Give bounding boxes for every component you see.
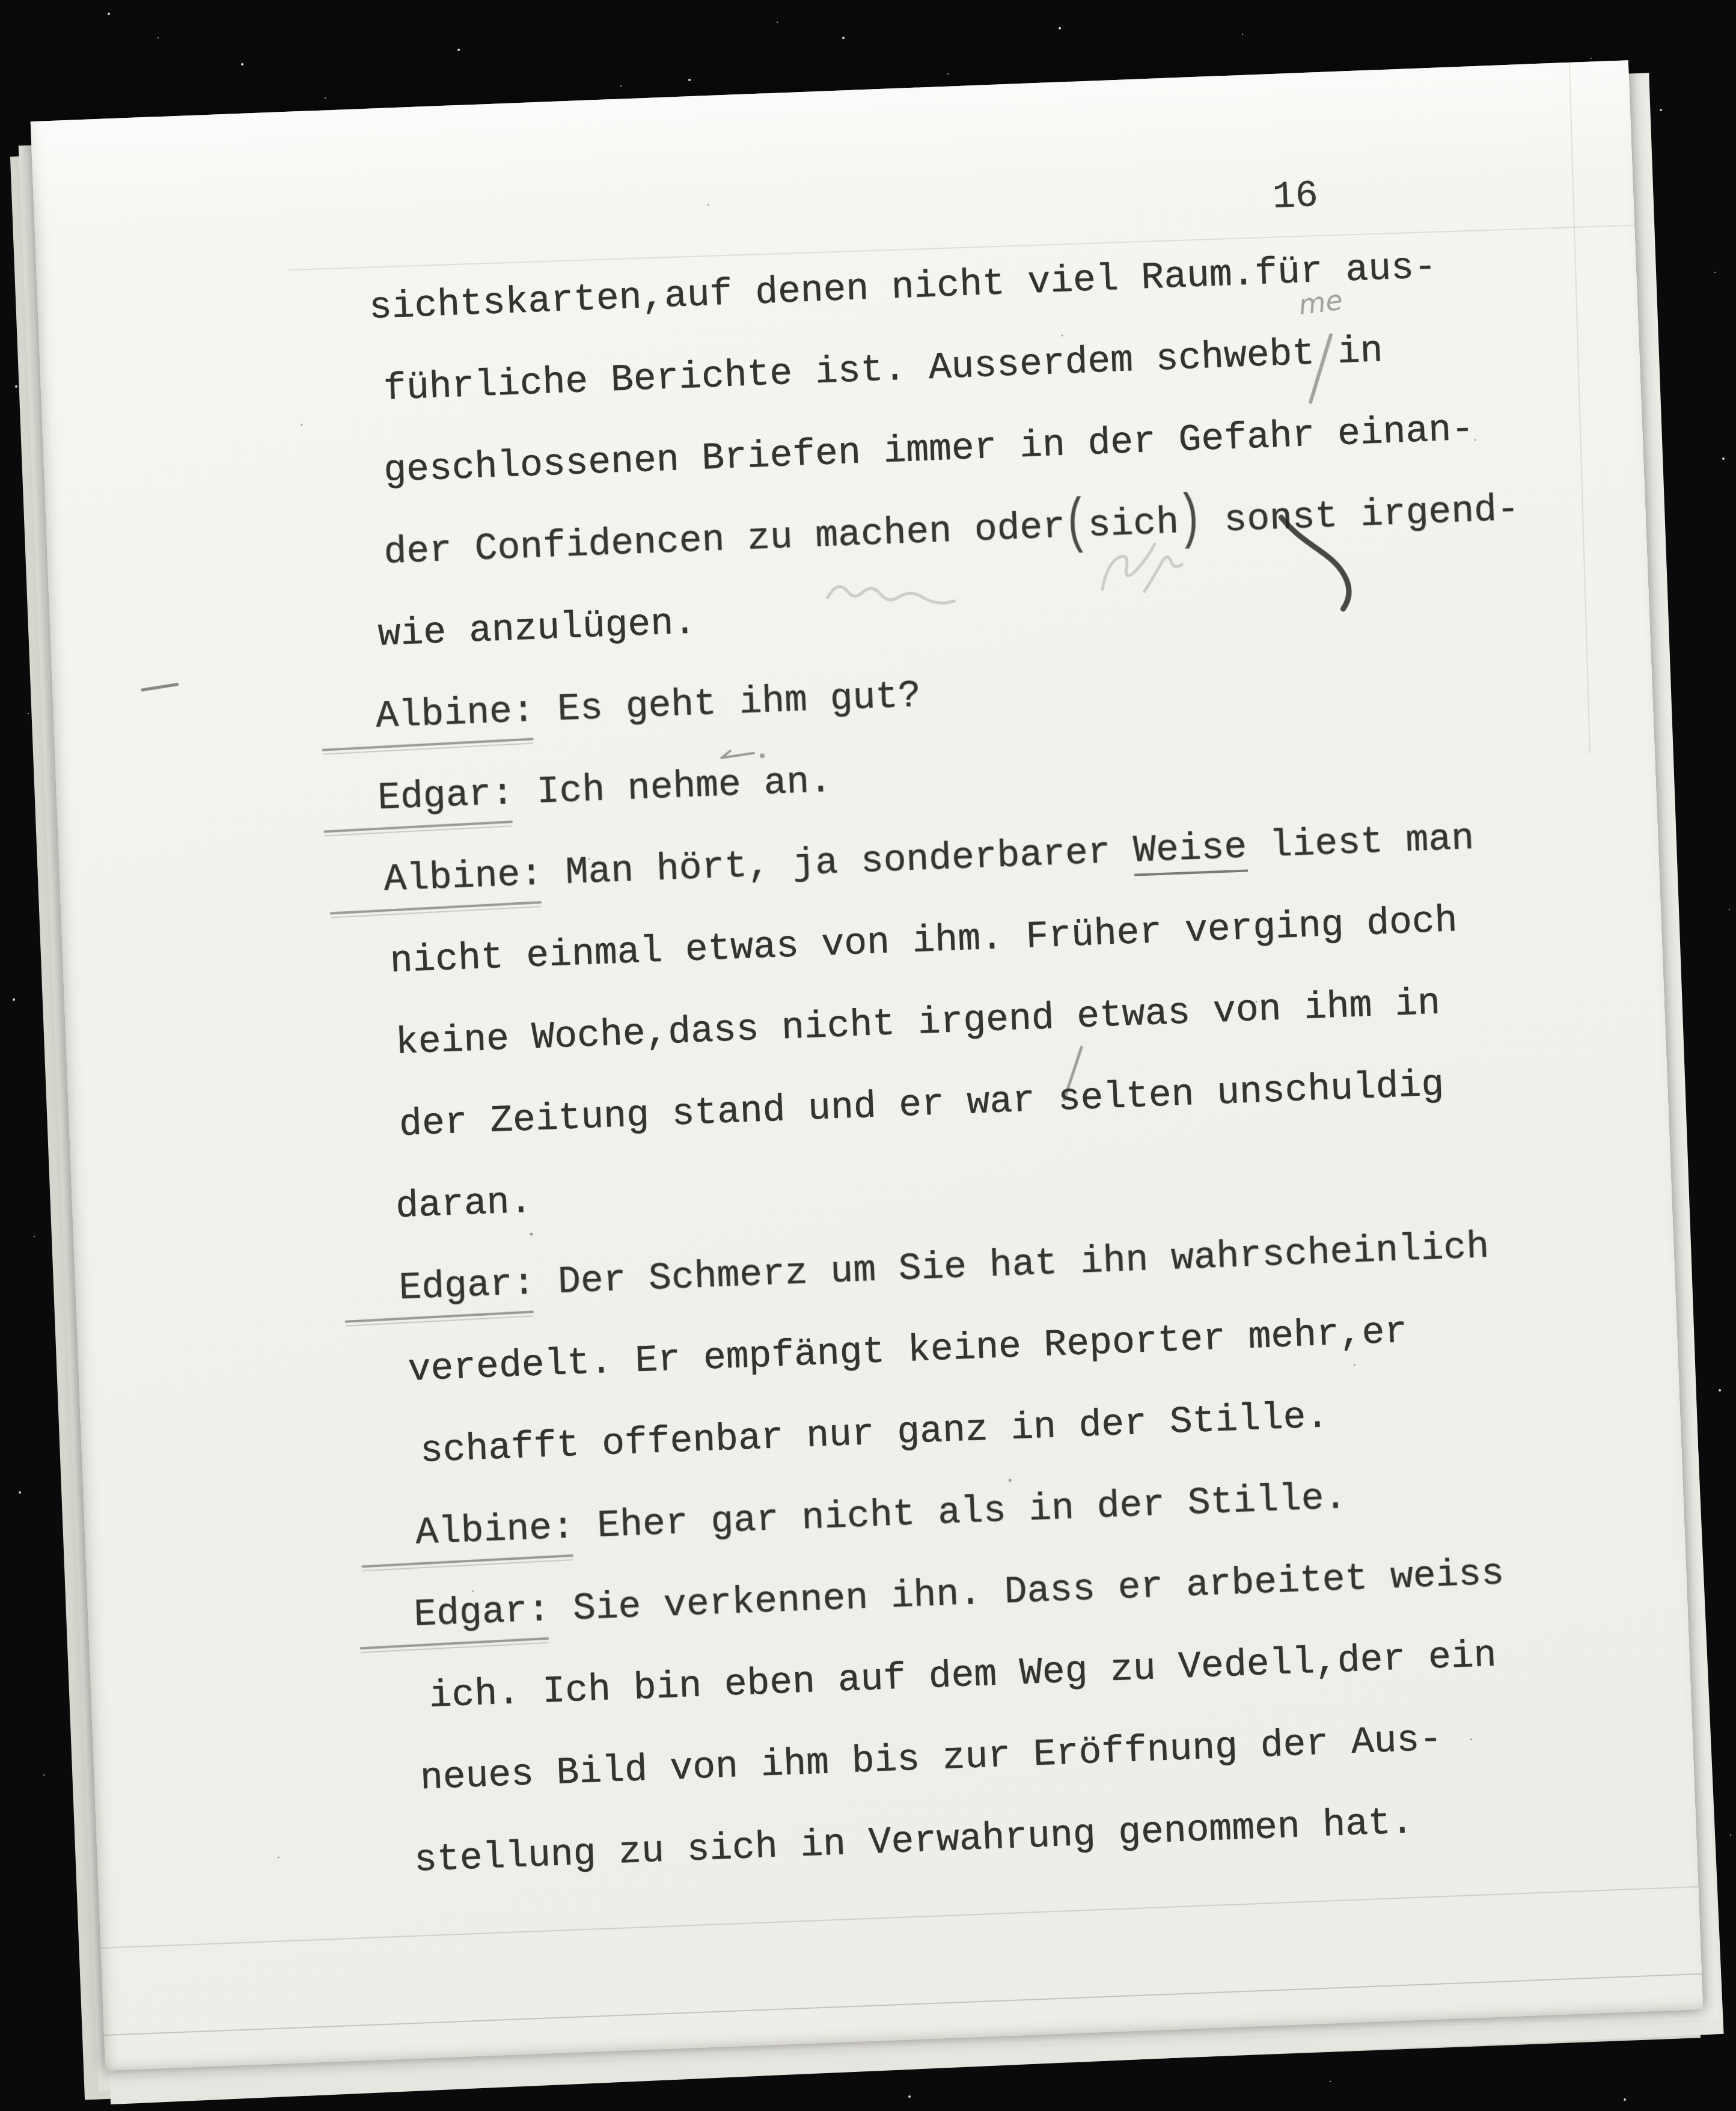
typed-text-segment: veredelt. Er empfängt keine Reporter meh… bbox=[408, 1310, 1408, 1392]
typed-line: Edgar: Der Schmerz um Sie hat ihn wahrsc… bbox=[398, 1228, 1490, 1308]
typed-line: nicht einmal etwas von ihm. Früher vergi… bbox=[390, 902, 1458, 980]
speaker-label: Albine: bbox=[415, 1508, 575, 1552]
typed-line: Albine: Es geht ihm gut? bbox=[375, 677, 921, 736]
speaker-label: Albine: bbox=[383, 855, 543, 899]
typed-text-block: sichtskarten,auf denen nicht viel Raum.f… bbox=[31, 60, 1704, 2071]
underlined-word: Weise bbox=[1132, 825, 1248, 876]
typed-line: sichtskarten,auf denen nicht viel Raum.f… bbox=[368, 248, 1437, 327]
typed-line: der Zeitung stand und er war selten unsc… bbox=[399, 1066, 1444, 1144]
typed-line: schafft offenbar nur ganz in der Stille. bbox=[420, 1398, 1330, 1470]
typed-text-segment: neues Bild von ihm bis zur Eröffnung der… bbox=[420, 1718, 1443, 1800]
typed-line: wie anzulügen. bbox=[377, 603, 697, 653]
typed-text-segment: sonst irgend- bbox=[1200, 488, 1520, 543]
handwritten-paren: ) bbox=[1176, 489, 1204, 551]
typed-text-segment: geschlossenen Briefen immer in der Gefah… bbox=[383, 408, 1475, 492]
typed-line: Edgar: Ich nehme an. bbox=[377, 762, 833, 817]
scanner-dust-specks bbox=[0, 0, 1, 1]
typed-line: daran. bbox=[395, 1183, 533, 1226]
typed-text-segment: keine Woche,dass nicht irgend etwas von … bbox=[395, 982, 1441, 1065]
manuscript-page: 16 sichtskarten,auf denen nicht viel Rau… bbox=[31, 60, 1704, 2071]
typed-line: keine Woche,dass nicht irgend etwas von … bbox=[395, 984, 1441, 1062]
typed-text-segment: führliche Berichte ist. Ausserdem schweb… bbox=[383, 329, 1384, 411]
typed-line: neues Bild von ihm bis zur Eröffnung der… bbox=[420, 1720, 1443, 1797]
typed-line: geschlossenen Briefen immer in der Gefah… bbox=[383, 410, 1475, 490]
speaker-label: Edgar: bbox=[398, 1264, 536, 1307]
typed-line: Edgar: Sie verkennen ihn. Dass er arbeit… bbox=[413, 1554, 1505, 1634]
speaker-label: Edgar: bbox=[377, 774, 515, 817]
typed-text-segment: Eher gar nicht als in der Stille. bbox=[573, 1476, 1347, 1548]
typed-line: stellung zu sich in Verwahrung genommen … bbox=[414, 1803, 1414, 1880]
typed-line: ich. Ich bin eben auf dem Weg zu Vedell,… bbox=[429, 1637, 1497, 1715]
typed-text-segment: der Zeitung stand und er war selten unsc… bbox=[399, 1063, 1445, 1146]
typed-line: Albine: Eher gar nicht als in der Stille… bbox=[415, 1479, 1347, 1552]
typed-text-segment: ich. Ich bin eben auf dem Weg zu Vedell,… bbox=[428, 1634, 1497, 1718]
typed-text-segment: nicht einmal etwas von ihm. Früher vergi… bbox=[389, 899, 1458, 983]
handwritten-paren: ( bbox=[1063, 493, 1090, 555]
scanned-manuscript-screenshot: { "page": { "page_number": "16", "lines"… bbox=[0, 0, 1736, 2111]
typed-text-segment: liest man bbox=[1246, 817, 1475, 868]
speaker-label: Albine: bbox=[375, 692, 536, 736]
typed-text-segment: schafft offenbar nur ganz in der Stille. bbox=[420, 1395, 1330, 1473]
scan-background: 16 sichtskarten,auf denen nicht viel Rau… bbox=[0, 0, 1736, 2111]
typed-text-segment: daran. bbox=[395, 1181, 533, 1229]
typed-text-segment: Man hört, ja sonderbarer bbox=[542, 830, 1134, 896]
speaker-label: Edgar: bbox=[413, 1591, 551, 1634]
typed-text-segment: Sie verkennen ihn. Dass er arbeitet weis… bbox=[549, 1552, 1505, 1631]
typed-line: der Confidencen zu machen oder(sich) son… bbox=[383, 490, 1520, 572]
typed-line: Albine: Man hört, ja sonderbarer Weise l… bbox=[383, 819, 1475, 899]
typed-text-segment: sichtskarten,auf denen nicht viel Raum.f… bbox=[368, 246, 1437, 329]
typed-text-segment: der Confidencen zu machen oder bbox=[383, 506, 1066, 574]
typed-text-segment: sich bbox=[1087, 501, 1179, 547]
typed-text-segment: wie anzulügen. bbox=[377, 601, 697, 656]
typed-text-segment: Der Schmerz um Sie hat ihn wahrscheinlic… bbox=[534, 1226, 1490, 1305]
typed-text-segment: Es geht ihm gut? bbox=[534, 674, 921, 732]
typed-text-segment: Ich nehme an. bbox=[513, 760, 833, 814]
typed-text-segment: stellung zu sich in Verwahrung genommen … bbox=[414, 1801, 1414, 1882]
typed-line: veredelt. Er empfängt keine Reporter meh… bbox=[408, 1313, 1408, 1389]
typed-line: führliche Berichte ist. Ausserdem schweb… bbox=[383, 332, 1384, 408]
